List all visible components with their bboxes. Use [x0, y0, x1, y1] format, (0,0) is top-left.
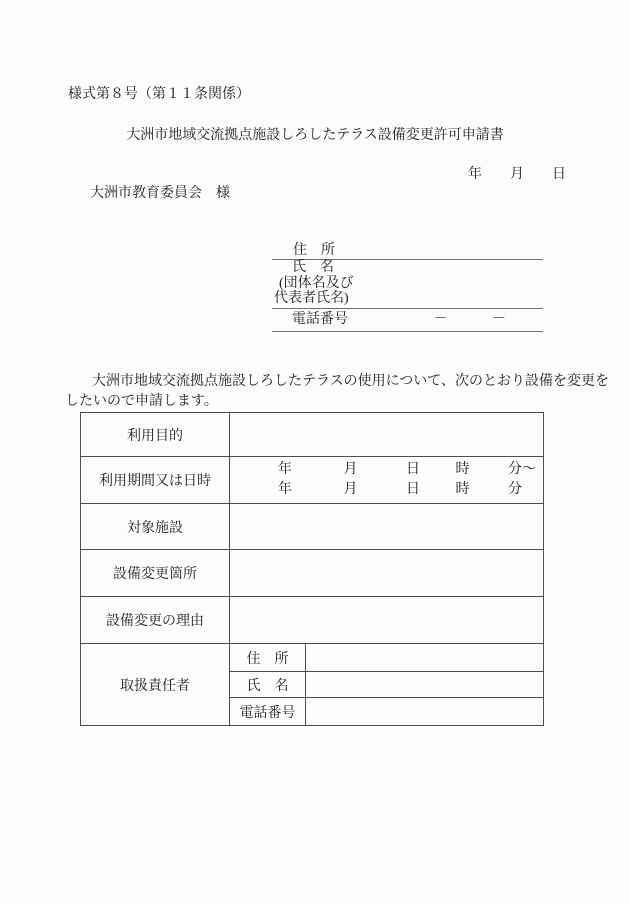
row-value-purpose — [230, 413, 544, 457]
row-label-change-reason: 設備変更の理由 — [81, 597, 230, 644]
applicant-phone-row: 電話番号 － － — [272, 309, 543, 332]
row-label-manager: 取扱責任者 — [81, 644, 230, 726]
period-unit-minute: 分～ — [508, 460, 536, 480]
table-row-purpose: 利用目的 — [81, 413, 544, 457]
manager-sub-value-name — [306, 672, 544, 698]
manager-sub-value-address — [306, 644, 544, 672]
address-label: 住 所 — [293, 243, 335, 258]
table-row-facility: 対象施設 — [81, 504, 544, 550]
period-unit-day: 日 — [406, 480, 420, 500]
applicant-address-row: 住 所 — [272, 243, 543, 260]
period-line-from: 年 月 日 時 分～ — [230, 460, 543, 480]
manager-sub-label-name: 氏 名 — [230, 672, 306, 698]
period-unit-minute: 分 — [508, 480, 522, 500]
period-unit-month: 月 — [344, 480, 358, 500]
period-line-to: 年 月 日 時 分 — [230, 480, 543, 500]
period-unit-year: 年 — [278, 460, 292, 480]
phone-dash-left: － — [434, 312, 448, 327]
row-value-period: 年 月 日 時 分～ 年 月 日 時 分 — [230, 457, 544, 504]
body-line-1: 大洲市地域交流拠点施設しろしたテラスの使用について、次のとおり設備を変更を — [65, 372, 609, 392]
name-note-line2: 代表者氏名) — [272, 291, 543, 307]
applicant-name-row: 氏 名 (団体名及び 代表者氏名) — [272, 260, 543, 309]
row-label-change-location: 設備変更箇所 — [81, 550, 230, 597]
phone-label: 電話番号 — [292, 312, 348, 327]
period-unit-day: 日 — [406, 460, 420, 480]
addressee-line: 大洲市教育委員会 様 — [90, 182, 230, 202]
name-label: 氏 名 — [272, 260, 543, 276]
row-value-facility — [230, 504, 544, 550]
application-table: 利用目的 利用期間又は日時 年 月 日 時 分～ 年 月 日 時 分 対象施設 … — [80, 412, 544, 726]
period-unit-month: 月 — [344, 460, 358, 480]
row-label-period: 利用期間又は日時 — [81, 457, 230, 504]
row-value-change-location — [230, 550, 544, 597]
row-value-change-reason — [230, 597, 544, 644]
period-unit-hour: 時 — [456, 480, 470, 500]
row-label-purpose: 利用目的 — [81, 413, 230, 457]
phone-dash-right: － — [492, 312, 506, 327]
manager-sub-label-phone: 電話番号 — [230, 698, 306, 726]
manager-sub-value-phone — [306, 698, 544, 726]
name-note-line1: (団体名及び — [272, 276, 543, 292]
manager-sub-label-address: 住 所 — [230, 644, 306, 672]
applicant-info-block: 住 所 氏 名 (団体名及び 代表者氏名) 電話番号 － － — [272, 243, 543, 332]
table-row-manager-address: 取扱責任者 住 所 — [81, 644, 544, 672]
body-paragraph: 大洲市地域交流拠点施設しろしたテラスの使用について、次のとおり設備を変更を した… — [65, 372, 609, 412]
row-label-facility: 対象施設 — [81, 504, 230, 550]
table-row-period: 利用期間又は日時 年 月 日 時 分～ 年 月 日 時 分 — [81, 457, 544, 504]
form-number-text: 様式第８号（第１１条関係） — [68, 83, 250, 103]
document-title: 大洲市地域交流拠点施設しろしたテラス設備変更許可申請書 — [0, 124, 630, 144]
table-row-change-location: 設備変更箇所 — [81, 550, 544, 597]
period-unit-year: 年 — [278, 480, 292, 500]
period-unit-hour: 時 — [456, 460, 470, 480]
issue-date-line: 年 月 日 — [468, 163, 566, 183]
table-row-change-reason: 設備変更の理由 — [81, 597, 544, 644]
body-line-2: したいので申請します。 — [65, 392, 609, 412]
